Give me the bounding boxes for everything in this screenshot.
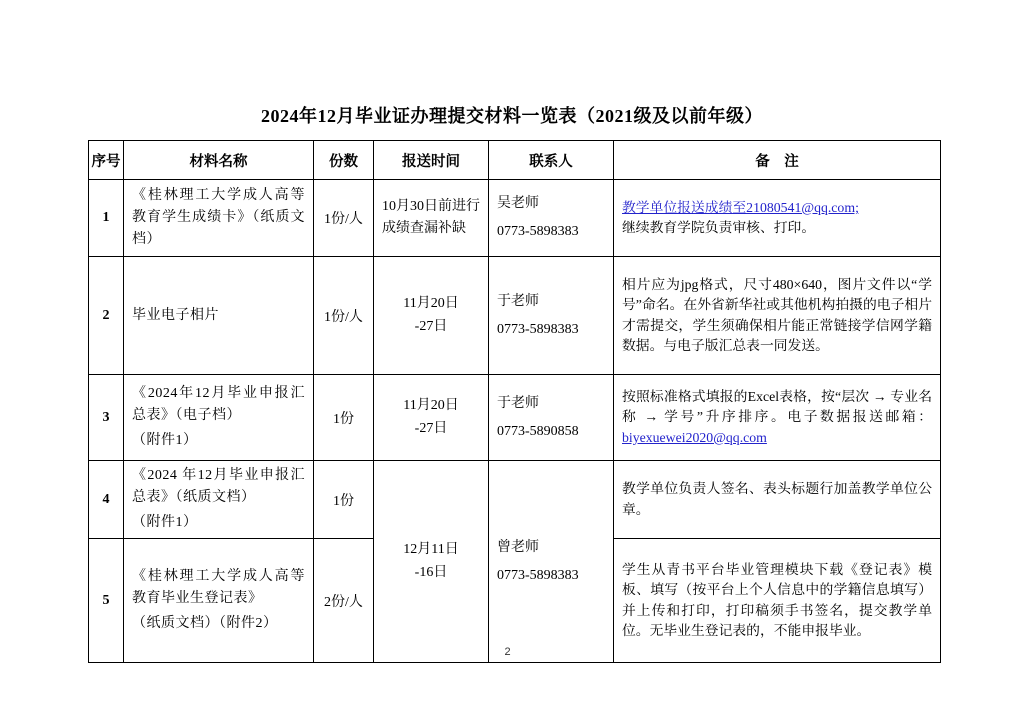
time-line1: 11月20日 bbox=[382, 293, 480, 315]
cell-material-name: 《桂林理工大学成人高等教育学生成绩卡》（纸质文档） bbox=[124, 180, 314, 257]
col-header-index: 序号 bbox=[89, 141, 124, 180]
time-line1: 12月11日 bbox=[382, 539, 480, 561]
cell-contact-merged: 曾老师 0773-5898383 bbox=[489, 461, 614, 663]
cell-index: 3 bbox=[89, 375, 124, 461]
materials-table: 序号 材料名称 份数 报送时间 联系人 备 注 1 《桂林理工大学成人高等教育学… bbox=[88, 140, 941, 663]
remark-text: 继续教育学院负责审核、打印。 bbox=[622, 218, 932, 238]
contact-phone: 0773-5898383 bbox=[497, 562, 605, 590]
time-line1: 11月20日 bbox=[382, 395, 480, 417]
col-header-copies: 份数 bbox=[314, 141, 374, 180]
cell-contact: 吴老师 0773-5898383 bbox=[489, 180, 614, 257]
contact-phone: 0773-5898383 bbox=[497, 218, 605, 246]
attachment-label: （附件1） bbox=[132, 430, 305, 452]
attachment-label: （附件1） bbox=[132, 512, 305, 534]
cell-time: 11月20日 -27日 bbox=[374, 257, 489, 375]
material-name-text: 《2024年12月毕业申报汇总表》（电子档） bbox=[132, 386, 305, 423]
page-title: 2024年12月毕业证办理提交材料一览表（2021级及以前年级） bbox=[0, 102, 1024, 128]
cell-remark: 学生从青书平台毕业管理模块下载《登记表》模板、填写（按平台上个人信息中的学籍信息… bbox=[614, 539, 941, 663]
cell-copies: 2份/人 bbox=[314, 539, 374, 663]
cell-time: 11月20日 -27日 bbox=[374, 375, 489, 461]
cell-copies: 1份 bbox=[314, 375, 374, 461]
cell-contact: 于老师 0773-5898383 bbox=[489, 257, 614, 375]
cell-index: 2 bbox=[89, 257, 124, 375]
page-number: 2 bbox=[0, 646, 1015, 658]
cell-material-name: 《2024 年12月毕业申报汇总表》（纸质文档） （附件1） bbox=[124, 461, 314, 539]
cell-time-merged: 12月11日 -16日 bbox=[374, 461, 489, 663]
cell-remark: 教学单位负责人签名、表头标题行加盖教学单位公章。 bbox=[614, 461, 941, 539]
time-line2: -27日 bbox=[382, 316, 480, 338]
col-header-contact: 联系人 bbox=[489, 141, 614, 180]
col-header-remark: 备 注 bbox=[614, 141, 941, 180]
cell-copies: 1份/人 bbox=[314, 180, 374, 257]
cell-material-name: 毕业电子相片 bbox=[124, 257, 314, 375]
contact-name: 曾老师 bbox=[497, 534, 605, 562]
material-name-text: 《2024 年12月毕业申报汇总表》（纸质文档） bbox=[132, 468, 305, 505]
table-row: 2 毕业电子相片 1份/人 11月20日 -27日 于老师 0773-58983… bbox=[89, 257, 941, 375]
cell-time: 10月30日前进行成绩查漏补缺 bbox=[374, 180, 489, 257]
cell-index: 1 bbox=[89, 180, 124, 257]
table-row: 3 《2024年12月毕业申报汇总表》（电子档） （附件1） 1份 11月20日… bbox=[89, 375, 941, 461]
remark-text: 按照标准格式填报的Excel表格，按“层次 → 专业名称 → 学号”升序排序。电… bbox=[622, 389, 932, 424]
attachment-label: （纸质文档）（附件2） bbox=[132, 613, 305, 635]
time-line2: -16日 bbox=[382, 562, 480, 584]
cell-remark: 教学单位报送成绩至21080541@qq.com; 继续教育学院负责审核、打印。 bbox=[614, 180, 941, 257]
material-name-text: 《桂林理工大学成人高等教育毕业生登记表》 bbox=[132, 569, 305, 606]
document-page: 2024年12月毕业证办理提交材料一览表（2021级及以前年级） 序号 材料名称… bbox=[0, 0, 1024, 723]
table-row: 1 《桂林理工大学成人高等教育学生成绩卡》（纸质文档） 1份/人 10月30日前… bbox=[89, 180, 941, 257]
cell-index: 4 bbox=[89, 461, 124, 539]
cell-material-name: 《桂林理工大学成人高等教育毕业生登记表》 （纸质文档）（附件2） bbox=[124, 539, 314, 663]
col-header-time: 报送时间 bbox=[374, 141, 489, 180]
col-header-name: 材料名称 bbox=[124, 141, 314, 180]
contact-name: 吴老师 bbox=[497, 190, 605, 218]
cell-material-name: 《2024年12月毕业申报汇总表》（电子档） （附件1） bbox=[124, 375, 314, 461]
table-row: 4 《2024 年12月毕业申报汇总表》（纸质文档） （附件1） 1份 12月1… bbox=[89, 461, 941, 539]
cell-copies: 1份 bbox=[314, 461, 374, 539]
time-line2: -27日 bbox=[382, 418, 480, 440]
cell-remark: 按照标准格式填报的Excel表格，按“层次 → 专业名称 → 学号”升序排序。电… bbox=[614, 375, 941, 461]
contact-name: 于老师 bbox=[497, 288, 605, 316]
contact-phone: 0773-5898383 bbox=[497, 316, 605, 344]
cell-remark: 相片应为jpg格式，尺寸480×640，图片文件以“学号”命名。在外省新华社或其… bbox=[614, 257, 941, 375]
materials-table-wrap: 序号 材料名称 份数 报送时间 联系人 备 注 1 《桂林理工大学成人高等教育学… bbox=[88, 140, 940, 663]
email-link[interactable]: 教学单位报送成绩至21080541@qq.com; bbox=[622, 198, 932, 218]
contact-phone: 0773-5890858 bbox=[497, 418, 605, 446]
cell-contact: 于老师 0773-5890858 bbox=[489, 375, 614, 461]
cell-copies: 1份/人 bbox=[314, 257, 374, 375]
contact-name: 于老师 bbox=[497, 390, 605, 418]
cell-index: 5 bbox=[89, 539, 124, 663]
header-row: 序号 材料名称 份数 报送时间 联系人 备 注 bbox=[89, 141, 941, 180]
email-link[interactable]: biyexuewei2020@qq.com bbox=[622, 430, 767, 445]
